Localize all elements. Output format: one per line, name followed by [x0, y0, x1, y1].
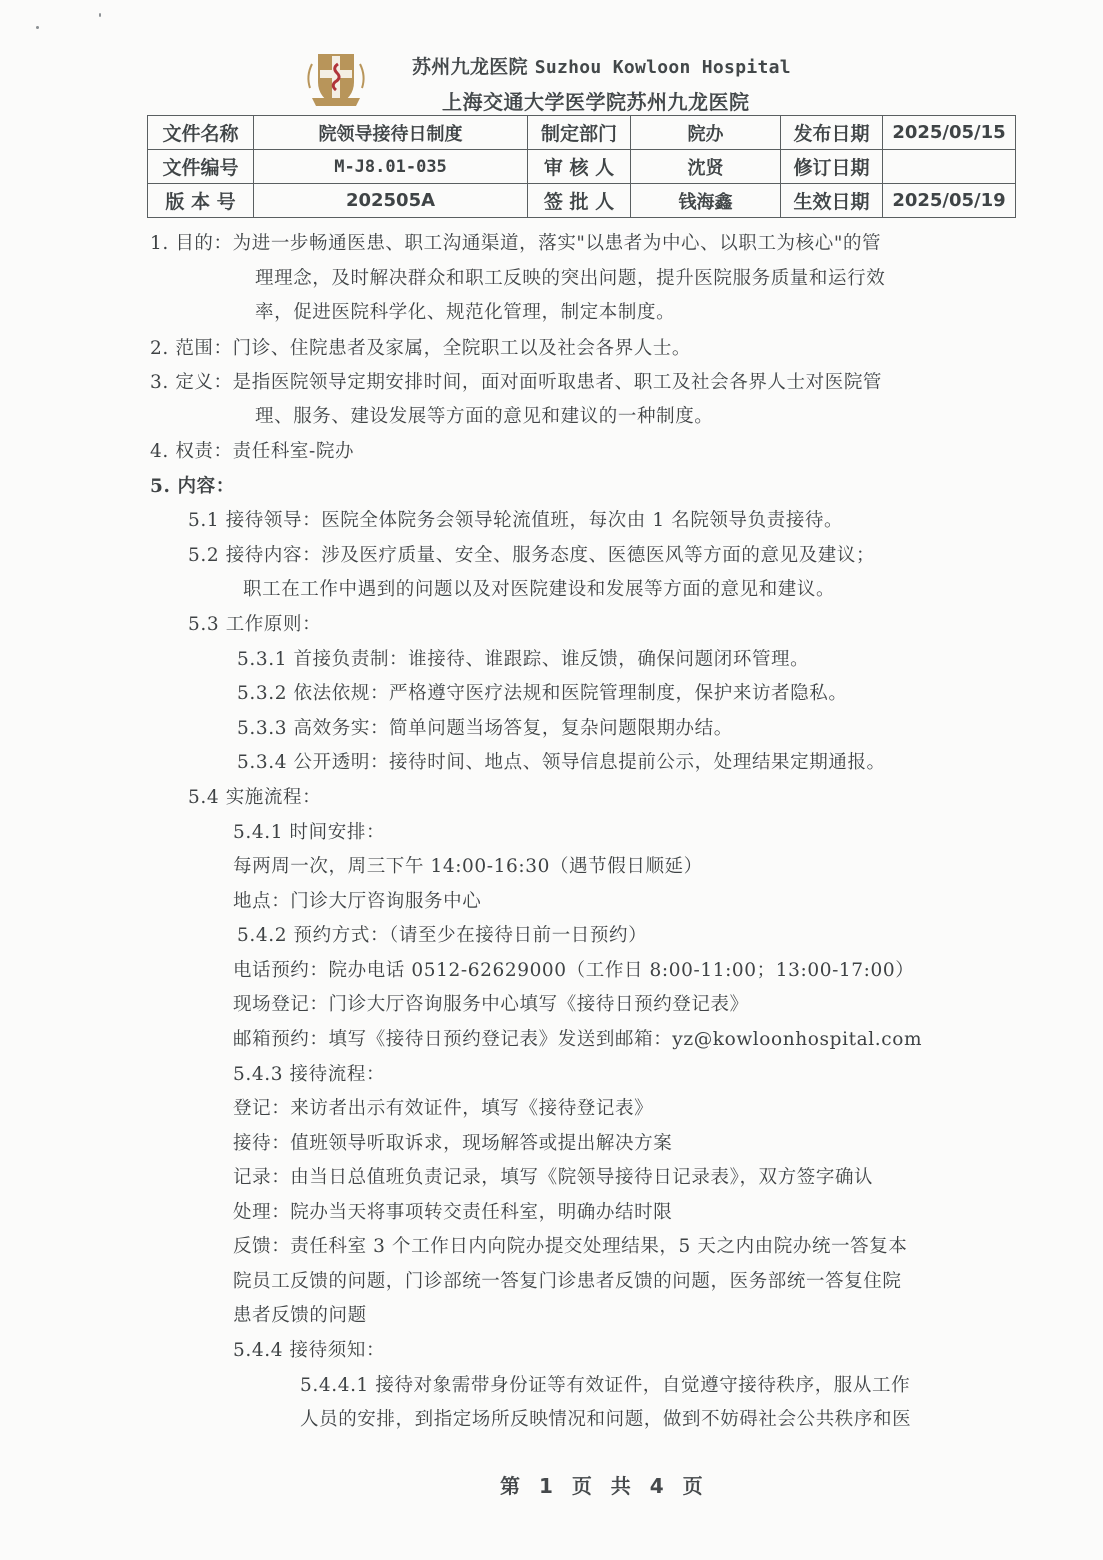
label-effective-date: 生效日期: [781, 184, 883, 218]
scan-speck: [36, 26, 39, 29]
label-department: 制定部门: [528, 116, 631, 150]
value-reviewer: 沈贤: [631, 150, 781, 184]
value-file-name: 院领导接待日制度: [254, 116, 528, 150]
section-5-3-4: 5.3.4 公开透明：接待时间、地点、领导信息提前公示，处理结果定期通报。: [237, 748, 886, 774]
label-publish-date: 发布日期: [781, 116, 883, 150]
section-2-scope: 2. 范围：门诊、住院患者及家属，全院职工以及社会各界人士。: [150, 334, 691, 360]
value-approver: 钱海鑫: [631, 184, 781, 218]
section-5-4: 5.4 实施流程：: [188, 783, 321, 809]
value-department: 院办: [631, 116, 781, 150]
table-row: 版 本 号 202505A 签 批 人 钱海鑫 生效日期 2025/05/19: [148, 184, 1016, 218]
email-booking-text: 邮箱预约：填写《接待日预约登记表》发送到邮箱：yz@kowloonhospita…: [233, 1025, 922, 1051]
section-5-1: 5.1 接待领导：医院全体院务会领导轮流值班，每次由 1 名院领导负责接待。: [188, 506, 843, 532]
label-file-name: 文件名称: [148, 116, 254, 150]
section-5-4-3: 5.4.3 接待流程：: [233, 1060, 385, 1086]
location-text: 地点：门诊大厅咨询服务中心: [233, 887, 481, 913]
section-1-continuation: 理理念，及时解决群众和职工反映的突出问题，提升医院服务质量和运行效: [255, 264, 885, 290]
affiliation-name: 上海交通大学医学院苏州九龙医院: [442, 86, 750, 115]
section-5-3: 5.3 工作原则：: [188, 610, 321, 636]
value-revision-date: [883, 150, 1016, 184]
page-number: 第 1 页 共 4 页: [500, 1470, 709, 1499]
value-effective-date: 2025/05/19: [883, 184, 1016, 218]
section-5-3-1: 5.3.1 首接负责制：谁接待、谁跟踪、谁反馈，确保问题闭环管理。: [237, 645, 809, 671]
section-1-continuation: 率，促进医院科学化、规范化管理，制定本制度。: [255, 298, 675, 324]
hospital-name-cn: 苏州九龙医院: [412, 56, 528, 78]
section-5-4-4: 5.4.4 接待须知：: [233, 1336, 385, 1362]
value-file-number: M-J8.01-035: [254, 150, 528, 184]
section-5-4-1: 5.4.1 时间安排：: [233, 818, 385, 844]
label-version: 版 本 号: [148, 184, 254, 218]
document-header: 苏州九龙医院 Suzhou Kowloon Hospital 上海交通大学医学院…: [300, 44, 820, 116]
process-record: 记录：由当日总值班负责记录，填写《院领导接待日记录表》，双方签字确认: [233, 1163, 873, 1189]
section-3-continuation: 理、服务、建设发展等方面的意见和建议的一种制度。: [255, 402, 713, 428]
label-reviewer: 审 核 人: [528, 150, 631, 184]
section-5-4-4-1-continuation: 人员的安排，到指定场所反映情况和问题，做到不妨碍社会公共秩序和医: [300, 1405, 911, 1431]
process-feedback-continuation: 院员工反馈的问题，门诊部统一答复门诊患者反馈的问题，医务部统一答复住院: [233, 1267, 902, 1293]
process-handling: 处理：院办当天将事项转交责任科室，明确办结时限: [233, 1198, 672, 1224]
value-version: 202505A: [254, 184, 528, 218]
section-1-purpose: 1. 目的：为进一步畅通医患、职工沟通渠道，落实"以患者为中心、以职工为核心"的…: [150, 229, 881, 255]
process-register: 登记：来访者出示有效证件，填写《接待登记表》: [233, 1094, 653, 1120]
section-5-content: 5. 内容：: [150, 472, 235, 498]
process-reception: 接待：值班领导听取诉求，现场解答或提出解决方案: [233, 1129, 672, 1155]
section-5-3-2: 5.3.2 依法依规：严格遵守医疗法规和医院管理制度，保护来访者隐私。: [237, 679, 847, 705]
value-publish-date: 2025/05/15: [883, 116, 1016, 150]
section-4-responsibility: 4. 权责：责任科室-院办: [150, 437, 354, 463]
label-approver: 签 批 人: [528, 184, 631, 218]
section-5-2: 5.2 接待内容：涉及医疗质量、安全、服务态度、医德医风等方面的意见及建议；: [188, 541, 875, 567]
hospital-name: 苏州九龙医院 Suzhou Kowloon Hospital: [412, 52, 791, 79]
section-5-2-continuation: 职工在工作中遇到的问题以及对医院建设和发展等方面的意见和建议。: [243, 575, 835, 601]
label-revision-date: 修订日期: [781, 150, 883, 184]
process-feedback: 反馈：责任科室 3 个工作日内向院办提交处理结果，5 天之内由院办统一答复本: [233, 1232, 908, 1258]
onsite-registration-text: 现场登记：门诊大厅咨询服务中心填写《接待日预约登记表》: [233, 990, 749, 1016]
phone-booking-text: 电话预约：院办电话 0512-62629000（工作日 8:00-11:00；1…: [233, 956, 914, 982]
scan-speck: [99, 13, 101, 17]
label-file-number: 文件编号: [148, 150, 254, 184]
section-5-4-4-1: 5.4.4.1 接待对象需带身份证等有效证件，自觉遵守接待秩序，服从工作: [300, 1371, 910, 1397]
section-3-definition: 3. 定义：是指医院领导定期安排时间，面对面听取患者、职工及社会各界人士对医院管: [150, 368, 882, 394]
hospital-name-en: Suzhou Kowloon Hospital: [535, 57, 791, 78]
process-feedback-continuation: 患者反馈的问题: [233, 1301, 367, 1327]
hospital-crest-logo: [304, 48, 368, 112]
schedule-text: 每两周一次，周三下午 14:00-16:30（遇节假日顺延）: [233, 852, 703, 878]
table-row: 文件编号 M-J8.01-035 审 核 人 沈贤 修订日期: [148, 150, 1016, 184]
document-info-table: 文件名称 院领导接待日制度 制定部门 院办 发布日期 2025/05/15 文件…: [147, 115, 1016, 218]
table-row: 文件名称 院领导接待日制度 制定部门 院办 发布日期 2025/05/15: [148, 116, 1016, 150]
section-5-3-3: 5.3.3 高效务实：简单问题当场答复，复杂问题限期办结。: [237, 714, 733, 740]
section-5-4-2: 5.4.2 预约方式：（请至少在接待日前一日预约）: [237, 921, 647, 947]
